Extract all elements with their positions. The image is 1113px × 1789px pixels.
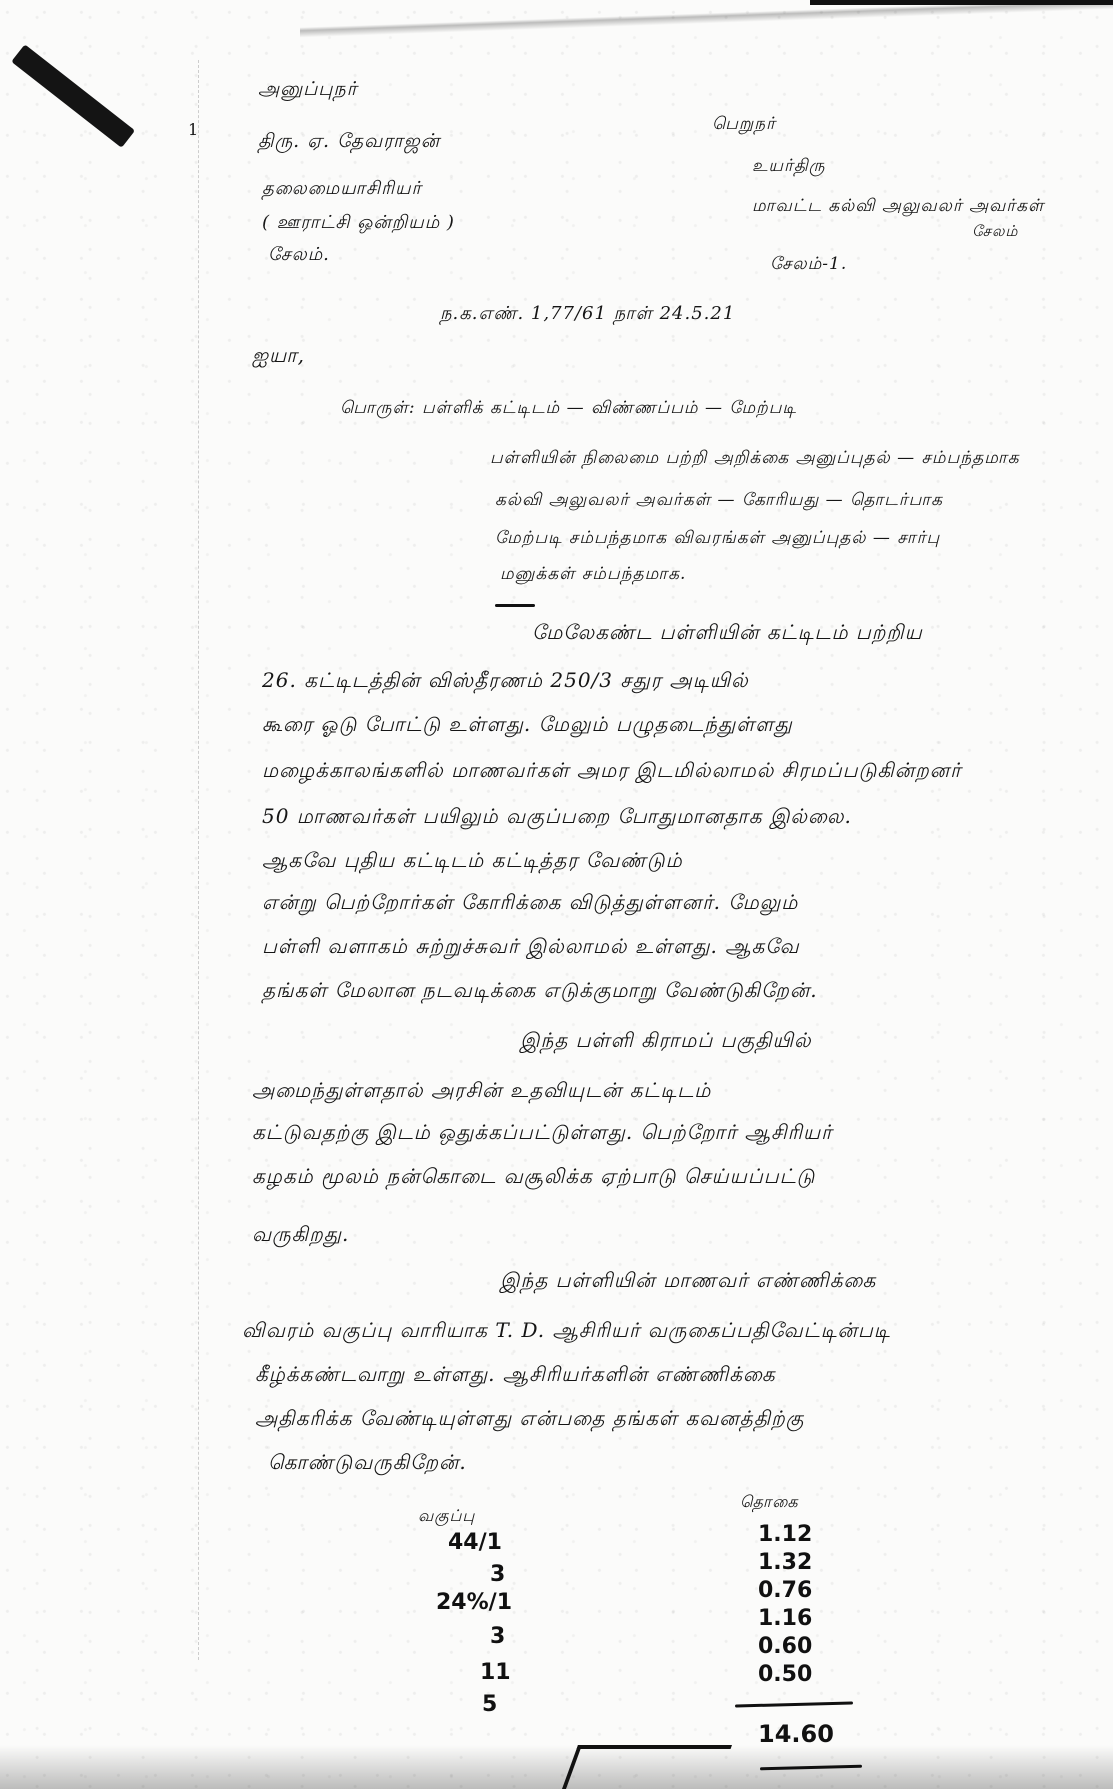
table-header-right: தொகை — [740, 1492, 799, 1513]
table-cell-left: 3 — [490, 1562, 505, 1587]
recipient-line: உயர்திரு — [752, 156, 826, 178]
scan-bottom-shadow — [0, 1745, 1113, 1789]
paragraph-line: வருகிறது. — [252, 1222, 349, 1249]
sender-line: அனுப்புநர் — [258, 78, 358, 103]
table-cell-left: 11 — [480, 1660, 511, 1685]
sender-line: திரு. ஏ. தேவராஜன் — [258, 130, 440, 155]
scanned-letter-page: அனுப்புநர் திரு. ஏ. தேவராஜன் தலைமையாசிரி… — [0, 0, 1113, 1789]
margin-mark: 1 — [188, 120, 199, 139]
paragraph-line: பள்ளி வளாகம் சுற்றுச்சுவர் இல்லாமல் உள்ள… — [262, 934, 800, 961]
paragraph-line: விவரம் வகுப்பு வாரியாக T. D. ஆசிரியர் வர… — [242, 1318, 891, 1345]
paragraph-line: கீழ்க்கண்டவாறு உள்ளது. ஆசிரியர்களின் எண்… — [255, 1362, 776, 1389]
paragraph-line: அமைந்துள்ளதால் அரசின் உதவியுடன் கட்டிடம் — [252, 1078, 711, 1105]
paragraph-line: இந்த பள்ளியின் மாணவர் எண்ணிக்கை — [500, 1268, 876, 1295]
subject-underline — [495, 604, 535, 607]
scan-top-black-bar — [810, 0, 1113, 5]
sum-line — [735, 1701, 853, 1707]
table-cell-right: 1.32 — [758, 1550, 812, 1575]
sender-line: ( ஊராட்சி ஒன்றியம் ) — [262, 212, 455, 235]
table-total: 14.60 — [758, 1720, 834, 1748]
signature-scrawl — [562, 1745, 732, 1789]
table-cell-right: 0.76 — [758, 1578, 812, 1603]
reference-number-line: ந.க.எண். 1,77/61 நாள் 24.5.21 — [440, 303, 735, 326]
paragraph-line: மழைக்காலங்களில் மாணவர்கள் அமர இடமில்லாமல… — [262, 758, 962, 785]
table-cell-left: 5 — [482, 1692, 497, 1717]
paragraph-line: கழகம் மூலம் நன்கொடை வசூலிக்க ஏற்பாடு செய… — [252, 1164, 815, 1191]
subject-line: மேற்படி சம்பந்தமாக விவரங்கள் அனுப்புதல் … — [495, 528, 940, 550]
paragraph-line: இந்த பள்ளி கிராமப் பகுதியில் — [520, 1028, 812, 1055]
paragraph-line: அதிகரிக்க வேண்டியுள்ளது என்பதை தங்கள் கவ… — [255, 1406, 804, 1433]
paragraph-line: ஆகவே புதிய கட்டிடம் கட்டித்தர வேண்டும் — [262, 848, 683, 875]
table-header-left: வகுப்பு — [418, 1506, 475, 1527]
table-cell-left: 3 — [490, 1624, 505, 1649]
staple-mark — [11, 44, 135, 148]
table-cell-right: 0.50 — [758, 1662, 812, 1687]
recipient-line: சேலம்-1. — [770, 254, 847, 276]
subject-line: பள்ளியின் நிலைமை பற்றி அறிக்கை அனுப்புதல… — [490, 448, 1020, 470]
sender-line: சேலம். — [268, 244, 330, 267]
paragraph-line: தங்கள் மேலான நடவடிக்கை எடுக்குமாறு வேண்ட… — [262, 978, 818, 1005]
subject-line: பொருள்: பள்ளிக் கட்டிடம் — விண்ணப்பம் — … — [340, 398, 797, 420]
paragraph-line: 50 மாணவர்கள் பயிலும் வகுப்பறை போதுமானதாக… — [262, 804, 852, 831]
table-cell-left: 44/1 — [448, 1530, 502, 1555]
salutation: ஐயா, — [252, 343, 305, 370]
table-cell-right: 0.60 — [758, 1634, 812, 1659]
subject-line: மனுக்கள் சம்பந்தமாக. — [500, 564, 686, 586]
paragraph-line: 26. கட்டிடத்தின் விஸ்தீரணம் 250/3 சதுர அ… — [262, 668, 749, 695]
recipient-line: மாவட்ட கல்வி அலுவலர் அவர்கள் — [752, 196, 1044, 218]
sender-line: தலைமையாசிரியர் — [262, 178, 422, 201]
table-cell-right: 1.12 — [758, 1522, 812, 1547]
paragraph-line: என்று பெற்றோர்கள் கோரிக்கை விடுத்துள்ளனர… — [262, 890, 798, 917]
paragraph-line: கட்டுவதற்கு இடம் ஒதுக்கப்பட்டுள்ளது. பெற… — [252, 1120, 833, 1147]
recipient-line: சேலம் — [972, 222, 1018, 242]
recipient-line: பெறுநர் — [712, 114, 776, 136]
subject-line: கல்வி அலுவலர் அவர்கள் — கோரியது — தொடர்ப… — [495, 490, 943, 512]
left-margin-fold — [198, 60, 200, 1660]
paragraph-line: கூரை ஓடு போட்டு உள்ளது. மேலும் பழுதடைந்த… — [262, 712, 793, 739]
paragraph-line: மேலேகண்ட பள்ளியின் கட்டிடம் பற்றிய — [532, 620, 923, 647]
paragraph-line: கொண்டுவருகிறேன். — [268, 1450, 467, 1477]
table-cell-left: 24%/1 — [436, 1590, 512, 1615]
scan-top-edge-shadow — [300, 0, 1113, 40]
table-cell-right: 1.16 — [758, 1606, 812, 1631]
